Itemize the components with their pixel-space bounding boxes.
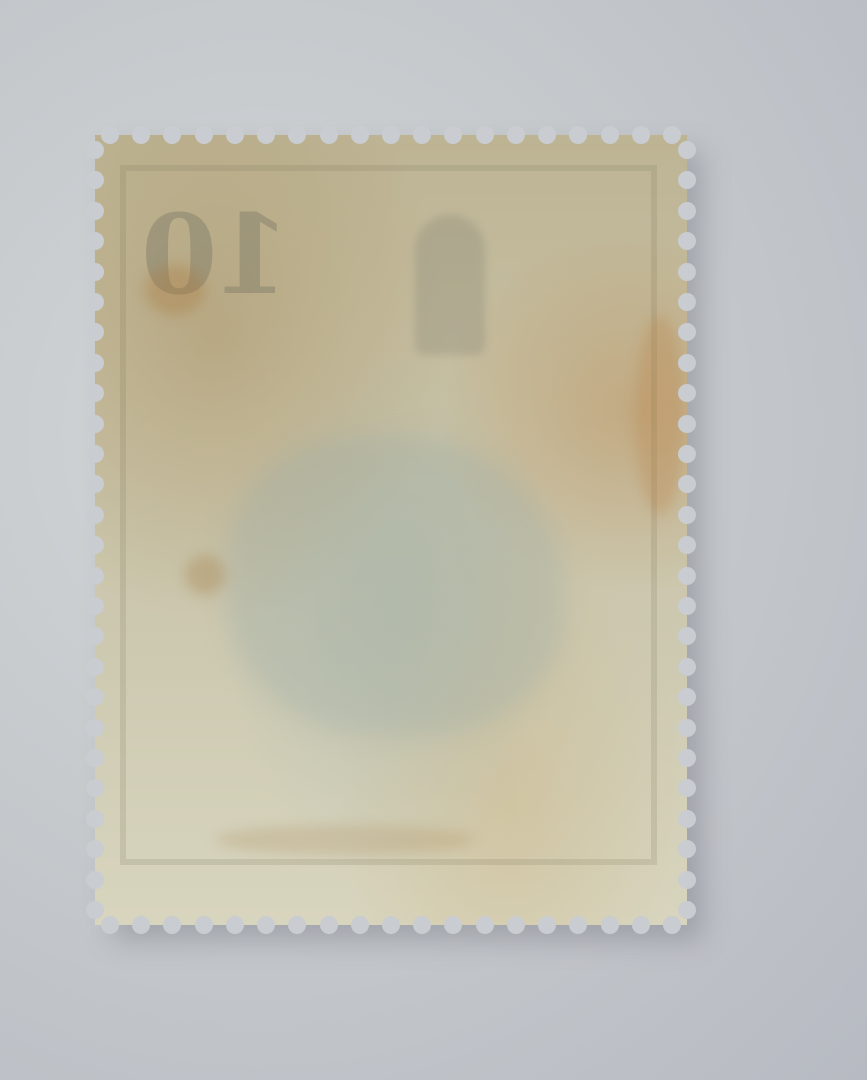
perforation-hole <box>86 354 104 372</box>
perforation-hole <box>320 916 338 934</box>
age-stain <box>145 265 205 315</box>
perforation-hole <box>86 506 104 524</box>
photo-scene: 10 <box>0 0 867 1080</box>
perforation-hole <box>678 263 696 281</box>
perforation-hole <box>678 445 696 463</box>
perforation-hole <box>382 126 400 144</box>
perforation-hole <box>678 293 696 311</box>
perforation-hole <box>86 810 104 828</box>
perforation-hole <box>86 719 104 737</box>
perforation-hole <box>632 916 650 934</box>
perforation-hole <box>601 126 619 144</box>
perforation-hole <box>678 810 696 828</box>
perforation-hole <box>86 597 104 615</box>
perforation-hole <box>678 901 696 919</box>
perforation-hole <box>678 719 696 737</box>
perforation-hole <box>101 126 119 144</box>
perforation-hole <box>226 916 244 934</box>
perforation-hole <box>195 916 213 934</box>
perforation-hole <box>320 126 338 144</box>
perforation-hole <box>86 567 104 585</box>
perforation-hole <box>351 916 369 934</box>
perforation-hole <box>476 126 494 144</box>
perforation-hole <box>86 415 104 433</box>
perforation-hole <box>678 871 696 889</box>
perforation-hole <box>678 415 696 433</box>
age-stain <box>215 825 475 855</box>
perforation-hole <box>678 597 696 615</box>
perforation-hole <box>86 901 104 919</box>
perforation-hole <box>257 126 275 144</box>
perforation-hole <box>226 126 244 144</box>
perforation-hole <box>538 916 556 934</box>
perforation-hole <box>382 916 400 934</box>
perforation-hole <box>86 263 104 281</box>
perforation-hole <box>257 916 275 934</box>
perforation-hole <box>195 126 213 144</box>
perforation-hole <box>86 293 104 311</box>
perforation-hole <box>507 916 525 934</box>
show-through-design <box>225 435 565 735</box>
perforation-hole <box>86 658 104 676</box>
perforation-hole <box>101 916 119 934</box>
perforation-hole <box>663 916 681 934</box>
perforation-hole <box>632 126 650 144</box>
perforation-hole <box>678 202 696 220</box>
perforation-hole <box>538 126 556 144</box>
perforation-hole <box>678 506 696 524</box>
perforation-hole <box>86 749 104 767</box>
perforation-hole <box>678 749 696 767</box>
perforation-hole <box>601 916 619 934</box>
perforation-hole <box>663 126 681 144</box>
perforation-hole <box>86 202 104 220</box>
perforation-hole <box>507 126 525 144</box>
perforation-hole <box>678 567 696 585</box>
show-through-figure-head <box>415 215 485 355</box>
perforation-hole <box>86 871 104 889</box>
stamp-back: 10 <box>95 135 687 925</box>
perforation-hole <box>678 354 696 372</box>
age-stain <box>185 555 225 595</box>
perforation-hole <box>86 445 104 463</box>
perforation-hole <box>476 916 494 934</box>
perforation-hole <box>351 126 369 144</box>
perforation-hole <box>86 141 104 159</box>
perforation-hole <box>678 141 696 159</box>
perforation-hole <box>678 658 696 676</box>
